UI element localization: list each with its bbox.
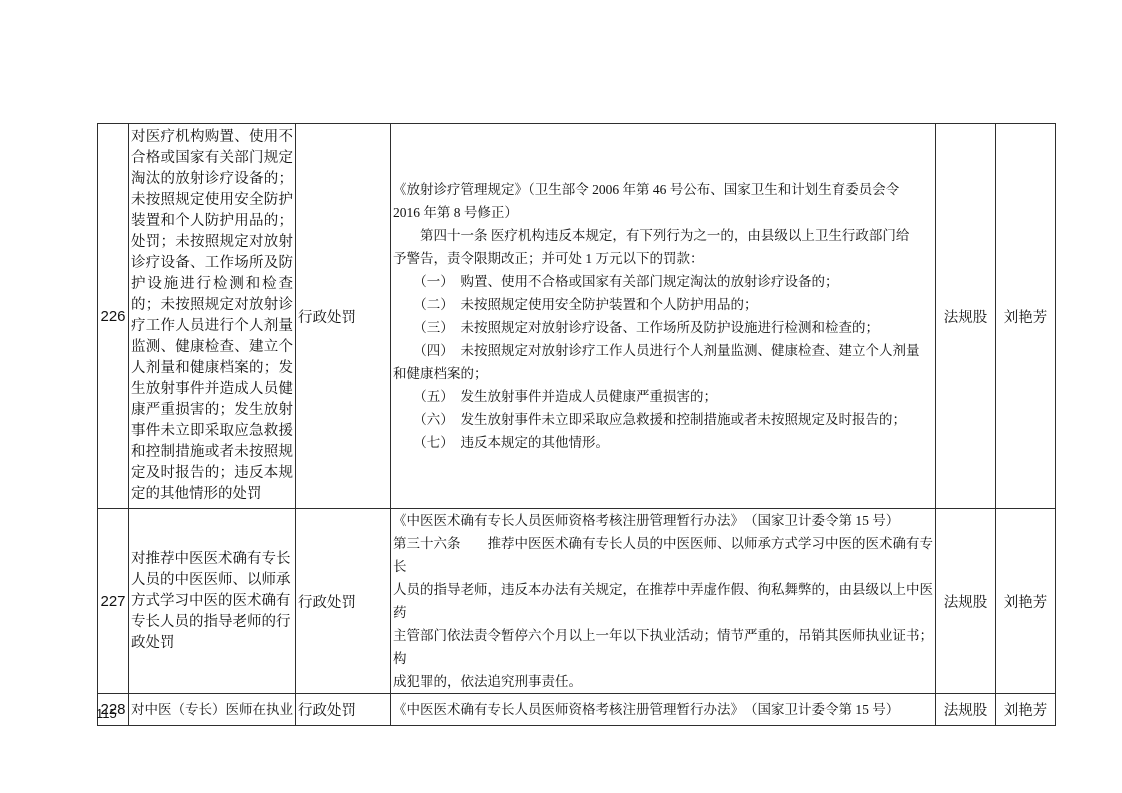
department-cell: 法规股 bbox=[936, 124, 996, 509]
document-page: 226 对医疗机构购置、使用不合格或国家有关部门规定淘汰的放射诊疗设备的；未按照… bbox=[0, 0, 1122, 793]
penalty-type-cell: 行政处罚 bbox=[296, 694, 391, 726]
item-cell: 对推荐中医医术确有专长人员的中医医师、以师承方式学习中医的医术确有专长人员的指导… bbox=[129, 509, 296, 694]
legal-basis-cell: 《中医医术确有专长人员医师资格考核注册管理暂行办法》 （国家卫计委令第 15 号… bbox=[391, 509, 936, 694]
person-cell: 刘艳芳 bbox=[996, 509, 1056, 694]
item-cell: 对中医（专长）医师在执业 bbox=[129, 694, 296, 726]
legal-basis-cell: 《中医医术确有专长人员医师资格考核注册管理暂行办法》 （国家卫计委令第 15 号… bbox=[391, 694, 936, 726]
legal-basis-cell: 《放射诊疗管理规定》（卫生部令 2006 年第 46 号公布、国家卫生和计划生育… bbox=[391, 124, 936, 509]
page-number: 115 bbox=[96, 706, 117, 721]
penalty-type-cell: 行政处罚 bbox=[296, 124, 391, 509]
item-cell: 对医疗机构购置、使用不合格或国家有关部门规定淘汰的放射诊疗设备的；未按照规定使用… bbox=[129, 124, 296, 509]
penalty-type-cell: 行政处罚 bbox=[296, 509, 391, 694]
row-number-cell: 226 bbox=[98, 124, 129, 509]
person-cell: 刘艳芳 bbox=[996, 124, 1056, 509]
department-cell: 法规股 bbox=[936, 694, 996, 726]
table-row: 228 对中医（专长）医师在执业 行政处罚 《中医医术确有专长人员医师资格考核注… bbox=[98, 694, 1056, 726]
table-row: 227 对推荐中医医术确有专长人员的中医医师、以师承方式学习中医的医术确有专长人… bbox=[98, 509, 1056, 694]
table-row: 226 对医疗机构购置、使用不合格或国家有关部门规定淘汰的放射诊疗设备的；未按照… bbox=[98, 124, 1056, 509]
row-number-cell: 227 bbox=[98, 509, 129, 694]
penalty-items-table: 226 对医疗机构购置、使用不合格或国家有关部门规定淘汰的放射诊疗设备的；未按照… bbox=[97, 123, 1056, 726]
person-cell: 刘艳芳 bbox=[996, 694, 1056, 726]
department-cell: 法规股 bbox=[936, 509, 996, 694]
